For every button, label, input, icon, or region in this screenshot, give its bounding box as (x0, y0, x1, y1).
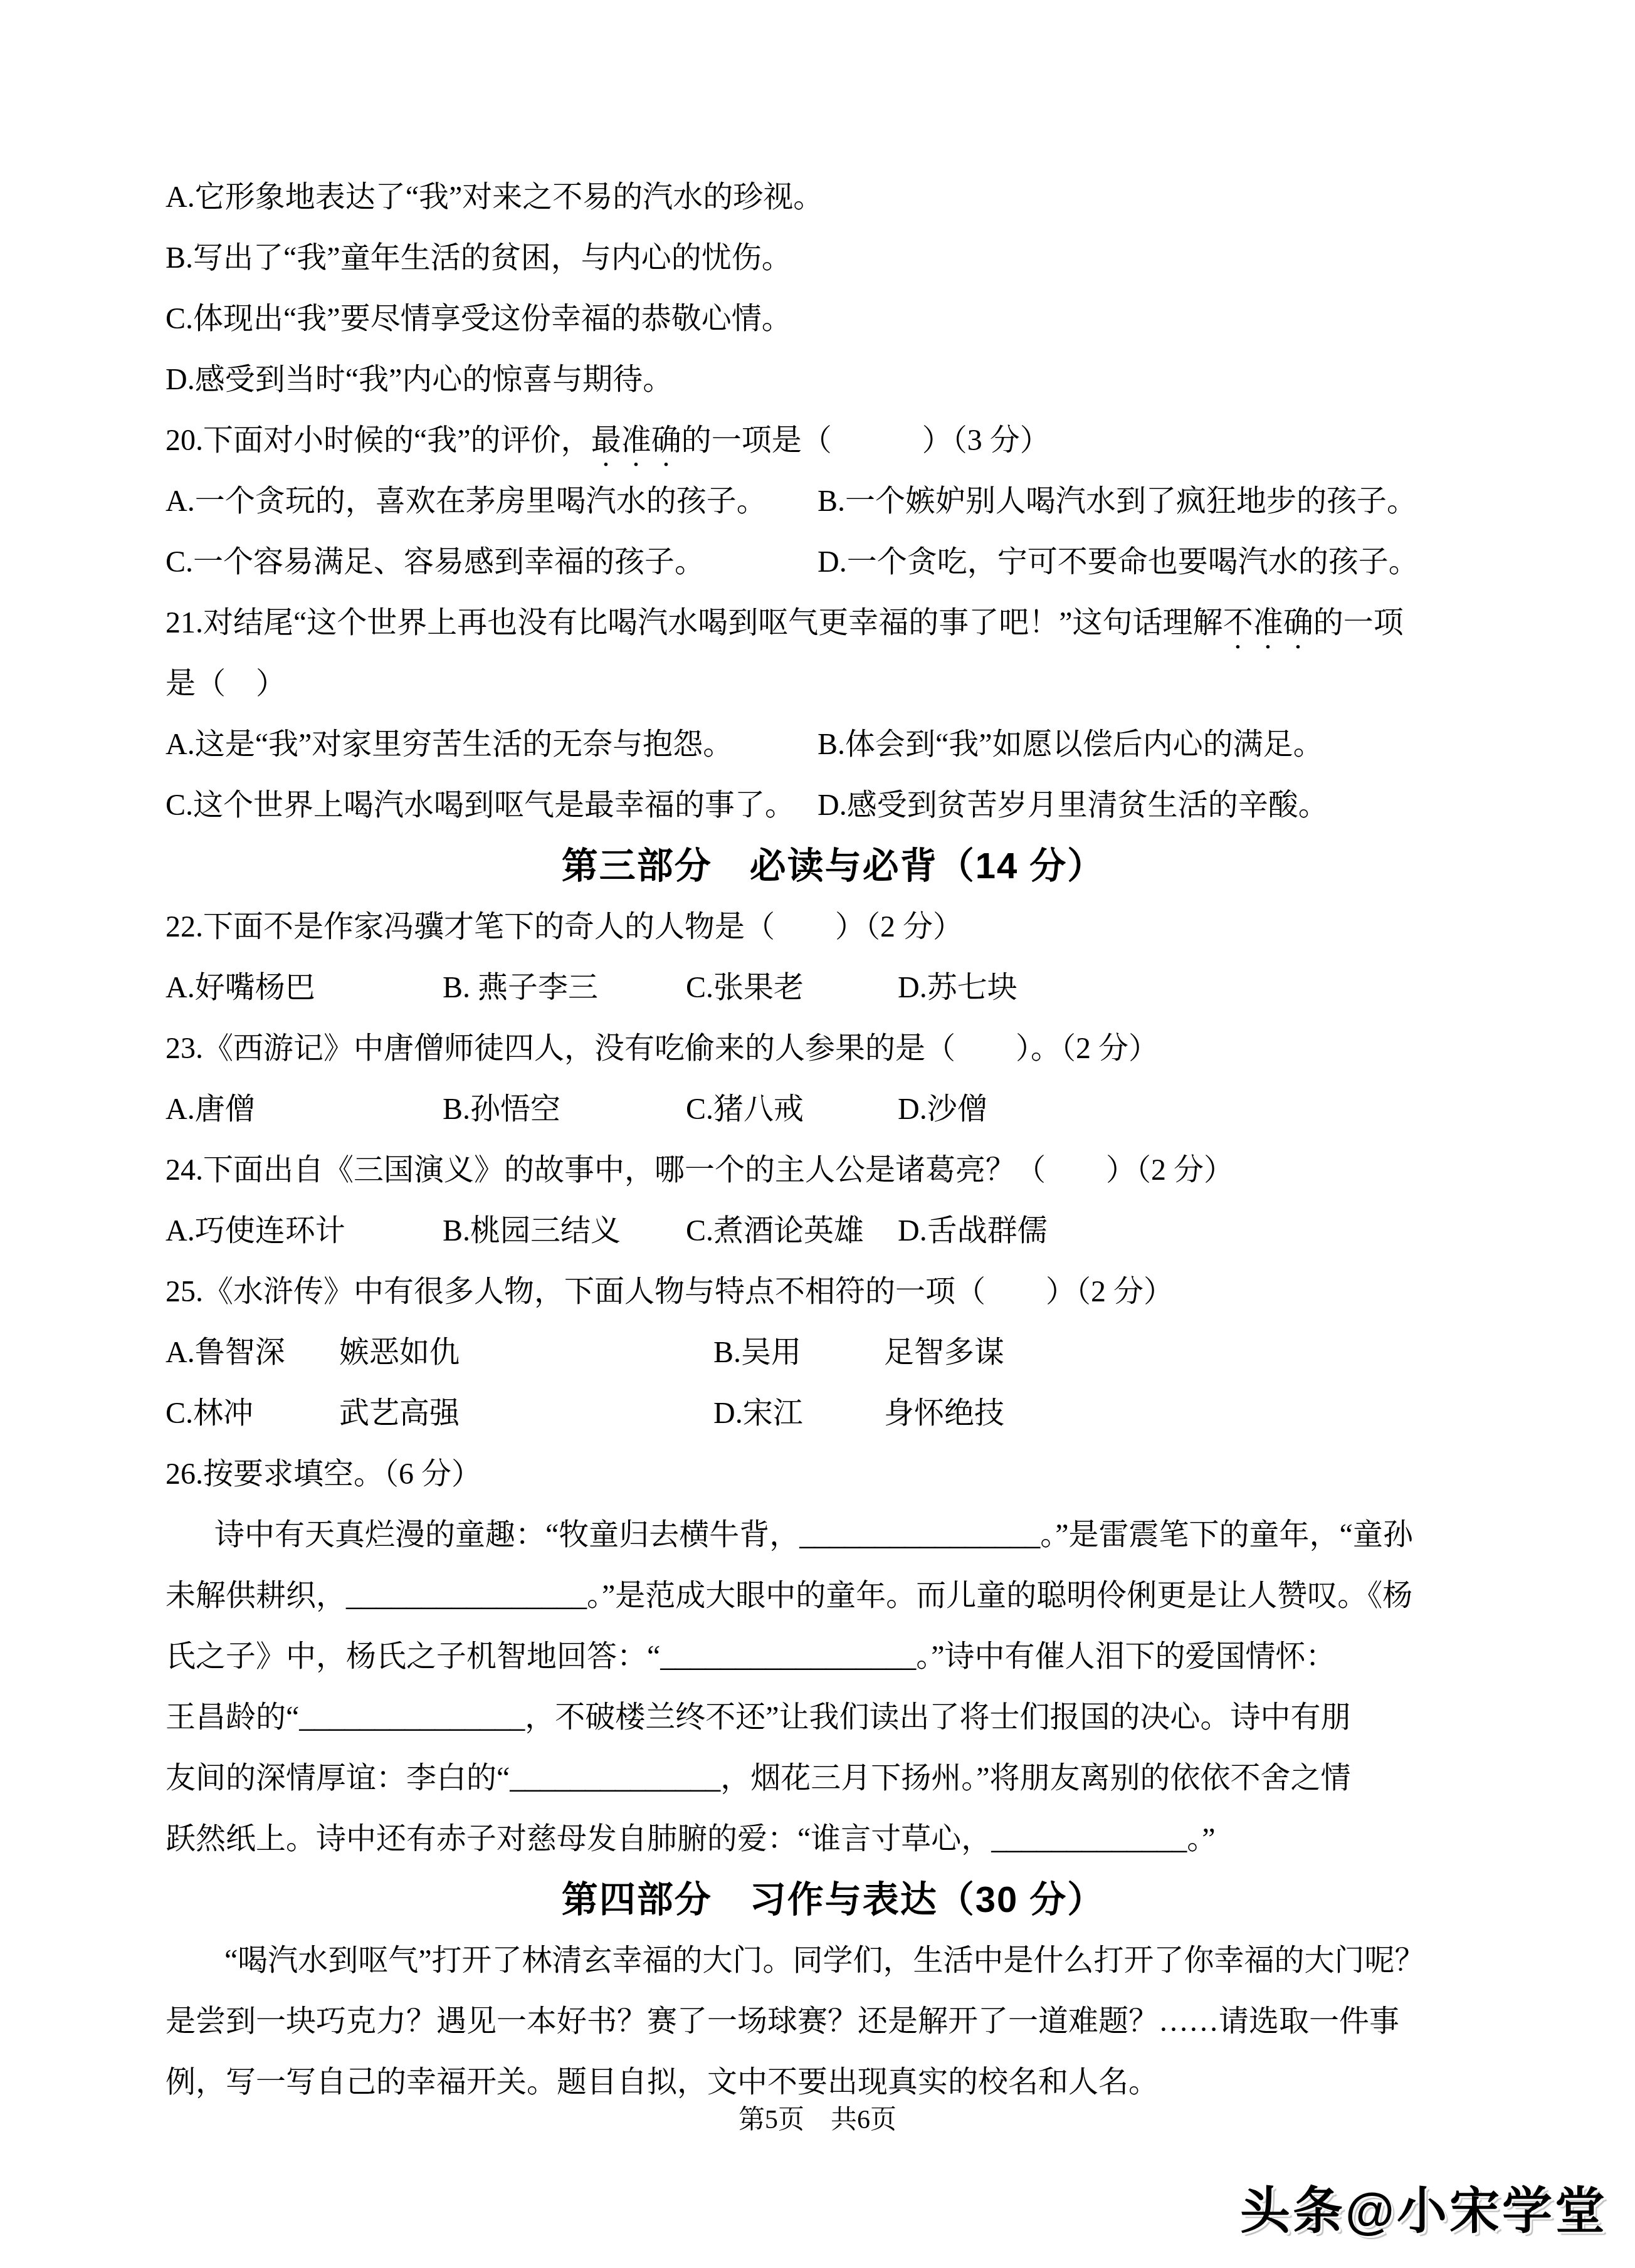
q21-stem-line1: 21.对结尾“这个世界上再也没有比喝汽水喝到呕气更幸福的事了吧！”这句话理解不准… (166, 592, 1501, 653)
q21-stem-post: 的一项 (1313, 606, 1404, 639)
q25-option-b-name: B.吴用 (713, 1322, 884, 1383)
section3-title: 第三部分 必读与必背（14 分） (166, 836, 1501, 896)
q21-option-c: C.这个世界上喝汽水喝到呕气是最幸福的事了。 (166, 775, 817, 836)
q25-option-d-trait: 身怀绝技 (884, 1397, 1004, 1430)
q21-option-d: D.感受到贫苦岁月里清贫生活的辛酸。 (817, 789, 1328, 822)
q20-option-c: C.一个容易满足、容易感到幸福的孩子。 (166, 532, 817, 592)
q19-option-b: B.写出了“我”童年生活的贫困，与内心的忧伤。 (166, 228, 1501, 288)
q21-option-b: B.体会到“我”如愿以偿后内心的满足。 (817, 728, 1323, 761)
q21-options-row2: C.这个世界上喝汽水喝到呕气是最幸福的事了。D.感受到贫苦岁月里清贫生活的辛酸。 (166, 775, 1501, 836)
q21-stem-emphasis: 不准确 (1223, 606, 1313, 639)
q23-option-a: A.唐僧 (166, 1079, 443, 1140)
q23-option-d: D.沙僧 (898, 1093, 987, 1126)
q20-options-row1: A.一个贪玩的，喜欢在茅房里喝汽水的孩子。B.一个嫉妒别人喝汽水到了疯狂地步的孩… (166, 471, 1501, 532)
q19-option-c: C.体现出“我”要尽情享受这份幸福的恭敬心情。 (166, 288, 1501, 349)
composition-line1: “喝汽水到呕气”打开了林清玄幸福的大门。同学们，生活中是什么打开了你幸福的大门呢… (166, 1930, 1501, 1991)
q22-option-d: D.苏七块 (898, 971, 1017, 1004)
q22-stem: 22.下面不是作家冯骥才笔下的奇人的人物是（ ）（2 分） (166, 896, 1501, 957)
q22-options: A.好嘴杨巴B. 燕子李三C.张果老D.苏七块 (166, 957, 1501, 1018)
q26-text-line1: 诗中有天真烂漫的童趣：“牧童归去横牛背，________________。”是雷… (166, 1504, 1501, 1565)
q24-option-c: C.煮酒论英雄 (686, 1200, 898, 1261)
q23-option-c: C.猪八戒 (686, 1079, 898, 1140)
q26-stem: 26.按要求填空。（6 分） (166, 1444, 1501, 1504)
q19-option-d: D.感受到当时“我”内心的惊喜与期待。 (166, 349, 1501, 410)
watermark: 头条@小宋学堂 (1240, 2170, 1607, 2242)
page-number: 第5页 共6页 (0, 2101, 1635, 2139)
q25-option-a-name: A.鲁智深 (166, 1322, 339, 1383)
q20-options-row2: C.一个容易满足、容易感到幸福的孩子。D.一个贪吃，宁可不要命也要喝汽水的孩子。 (166, 532, 1501, 592)
q25-option-b-trait: 足智多谋 (884, 1336, 1004, 1369)
q25-option-d-name: D.宋江 (713, 1383, 884, 1444)
q25-options-row1: A.鲁智深嫉恶如仇B.吴用足智多谋 (166, 1322, 1501, 1383)
q25-option-c-trait: 武艺高强 (339, 1383, 713, 1444)
q20-option-a: A.一个贪玩的，喜欢在茅房里喝汽水的孩子。 (166, 471, 817, 532)
q22-option-a: A.好嘴杨巴 (166, 957, 443, 1018)
q23-option-b: B.孙悟空 (443, 1079, 686, 1140)
q26-text-line4: 王昌龄的“_______________，不破楼兰终不还”让我们读出了将士们报国… (166, 1687, 1501, 1748)
q26-text-line6: 跃然纸上。诗中还有赤子对慈母发自肺腑的爱：“谁言寸草心，____________… (166, 1809, 1501, 1869)
q25-options-row2: C.林冲武艺高强D.宋江身怀绝技 (166, 1383, 1501, 1444)
q22-option-b: B. 燕子李三 (443, 957, 686, 1018)
composition-line2: 是尝到一块巧克力？遇见一本好书？赛了一场球赛？还是解开了一道难题？……请选取一件… (166, 1991, 1501, 2052)
q22-option-c: C.张果老 (686, 957, 898, 1018)
q20-stem-post: 的一项是（ ）（3 分） (681, 424, 1050, 457)
q20-stem-pre: 20.下面对小时候的“我”的评价， (166, 424, 591, 457)
exam-content: A.它形象地表达了“我”对来之不易的汽水的珍视。 B.写出了“我”童年生活的贫困… (166, 167, 1501, 2113)
exam-page: A.它形象地表达了“我”对来之不易的汽水的珍视。 B.写出了“我”童年生活的贫困… (0, 0, 1635, 2268)
q23-stem: 23.《西游记》中唐僧师徒四人，没有吃偷来的人参果的是（ ）。（2 分） (166, 1018, 1501, 1079)
q25-option-a-trait: 嫉恶如仇 (339, 1322, 713, 1383)
q20-stem-emphasis: 最准确 (591, 424, 681, 457)
q25-stem: 25.《水浒传》中有很多人物，下面人物与特点不相符的一项（ ）（2 分） (166, 1261, 1501, 1322)
q26-text-line2: 未解供耕织，________________。”是范成大眼中的童年。而儿童的聪明… (166, 1565, 1501, 1626)
q20-option-d: D.一个贪吃，宁可不要命也要喝汽水的孩子。 (817, 545, 1419, 579)
q21-options-row1: A.这是“我”对家里穷苦生活的无奈与抱怨。B.体会到“我”如愿以偿后内心的满足。 (166, 714, 1501, 775)
q20-stem: 20.下面对小时候的“我”的评价，最准确的一项是（ ）（3 分） (166, 410, 1501, 471)
q25-option-c-name: C.林冲 (166, 1383, 339, 1444)
q26-text-line3: 氏之子》中，杨氏之子机智地回答：“_________________。”诗中有催… (166, 1626, 1501, 1687)
q19-option-a: A.它形象地表达了“我”对来之不易的汽水的珍视。 (166, 167, 1501, 228)
section4-title: 第四部分 习作与表达（30 分） (166, 1869, 1501, 1930)
q24-option-b: B.桃园三结义 (443, 1200, 686, 1261)
q24-options: A.巧使连环计B.桃园三结义C.煮酒论英雄D.舌战群儒 (166, 1200, 1501, 1261)
q24-option-a: A.巧使连环计 (166, 1200, 443, 1261)
q21-stem-pre: 21.对结尾“这个世界上再也没有比喝汽水喝到呕气更幸福的事了吧！”这句话理解 (166, 606, 1223, 639)
q20-option-b: B.一个嫉妒别人喝汽水到了疯狂地步的孩子。 (817, 485, 1417, 518)
q21-stem-line2: 是（ ） (166, 653, 1501, 714)
q24-stem: 24.下面出自《三国演义》的故事中，哪一个的主人公是诸葛亮？（ ）（2 分） (166, 1140, 1501, 1200)
q21-option-a: A.这是“我”对家里穷苦生活的无奈与抱怨。 (166, 714, 817, 775)
q26-text-line5: 友间的深情厚谊：李白的“______________，烟花三月下扬州。”将朋友离… (166, 1748, 1501, 1809)
q24-option-d: D.舌战群儒 (898, 1214, 1048, 1247)
q23-options: A.唐僧B.孙悟空C.猪八戒D.沙僧 (166, 1079, 1501, 1140)
